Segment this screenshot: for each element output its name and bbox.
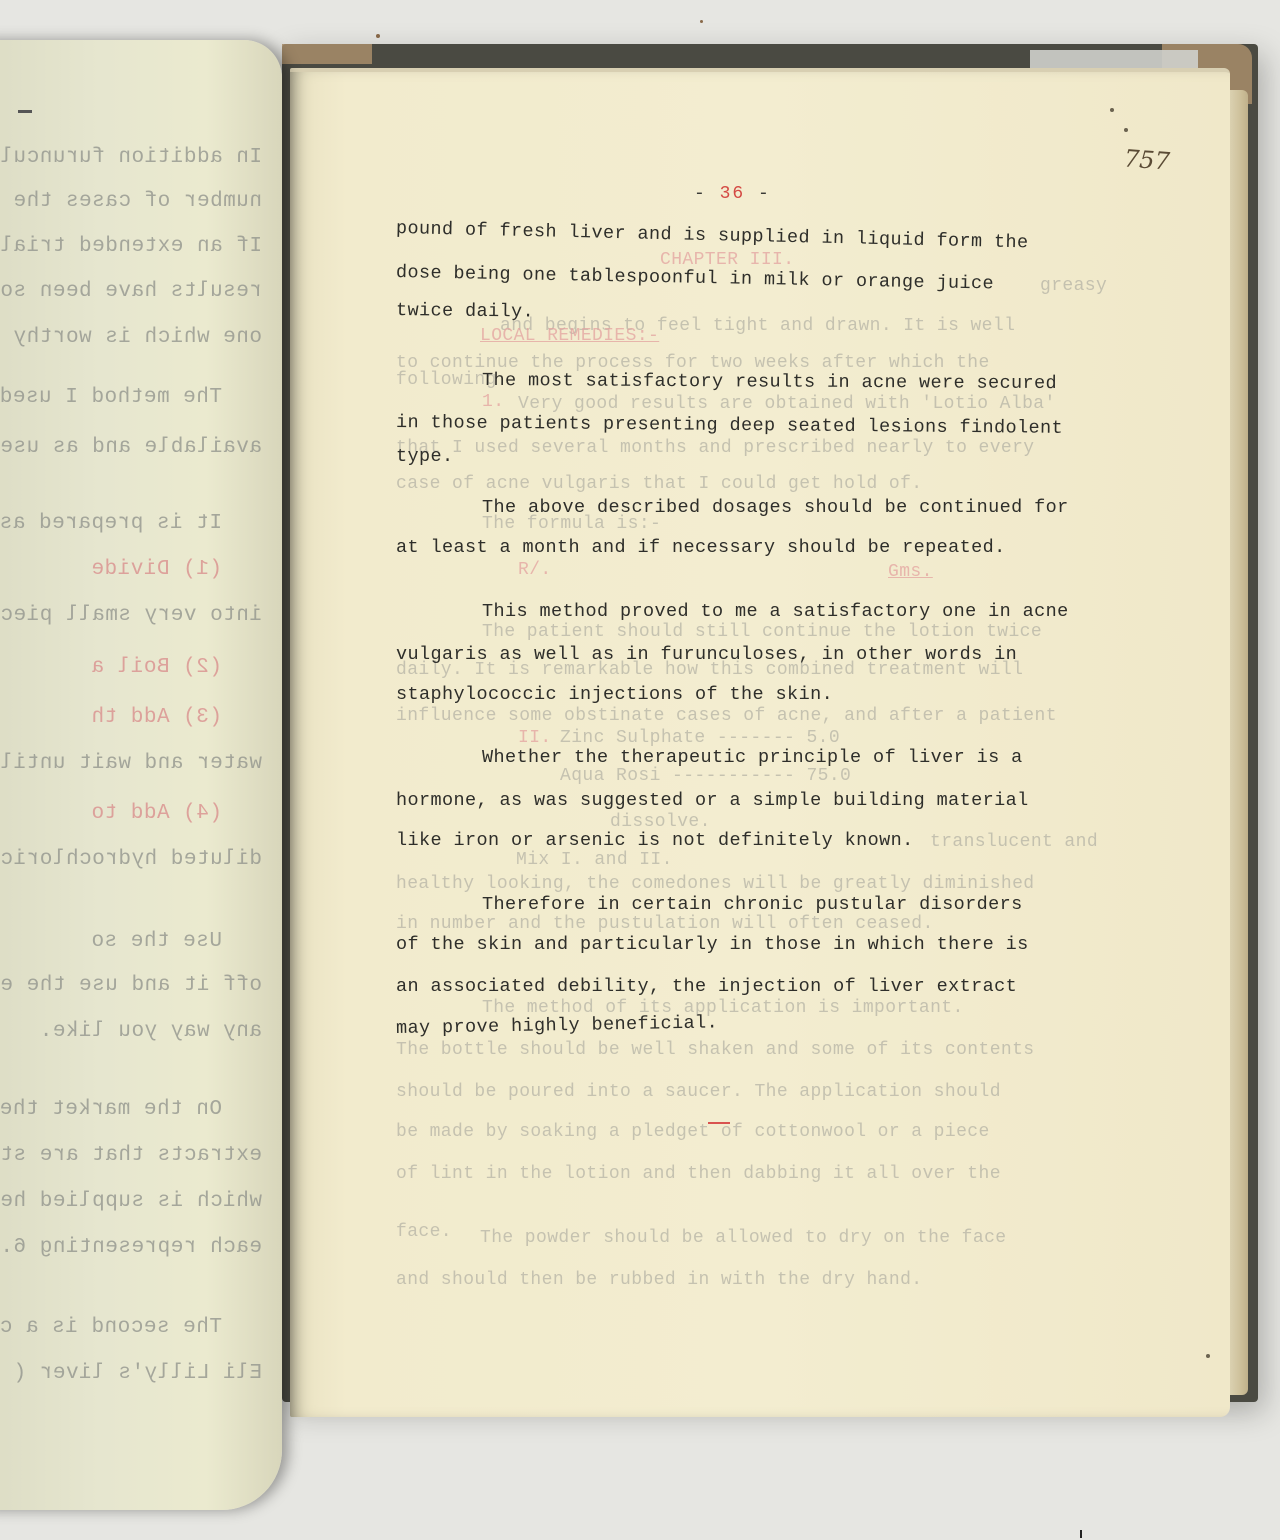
punch-mark <box>1206 1354 1210 1358</box>
mirrored-line: diluted hydrochloric acid. <box>10 848 262 871</box>
body-line: hormone, as was suggested or a simple bu… <box>396 790 1029 811</box>
bleed-line: case of acne vulgaris that I could get h… <box>396 474 922 494</box>
dust-speck <box>376 34 380 38</box>
bleed-line: face. <box>396 1222 452 1242</box>
bleed-line: Aqua Rosi ----------- 75.0 <box>560 766 851 786</box>
punch-mark <box>1124 128 1128 132</box>
mirrored-line: water and wait until the wa <box>10 752 262 775</box>
page-number-value: 36 <box>720 184 746 204</box>
bleed-line: The powder should be allowed to dry on t… <box>480 1228 1006 1248</box>
mirrored-line: extracts that are standardi <box>10 1144 262 1167</box>
bleed-line: Mix I. and II. <box>516 850 673 870</box>
body-line: at least a month and if necessary should… <box>396 537 1006 558</box>
bleed-line: The bottle should be well shaken and som… <box>396 1040 1035 1060</box>
mirrored-line: If an extended trial is onl <box>10 235 262 258</box>
bleed-line: be made by soaking a pledget of cottonwo… <box>396 1122 990 1142</box>
mirrored-line: On the market there <box>10 1098 222 1121</box>
bleed-line: of lint in the lotion and then dabbing i… <box>396 1164 1001 1184</box>
bleed-line: and should then be rubbed in with the dr… <box>396 1270 922 1290</box>
bleed-line: Very good results are obtained with 'Lot… <box>518 394 1056 414</box>
body-line: The above described dosages should be co… <box>482 497 1069 518</box>
mirrored-line: (2) Boil a <box>10 656 222 679</box>
mirrored-line: into very small pieces, an <box>10 604 262 627</box>
red-pencil-mark <box>708 1122 730 1124</box>
mirrored-line: results have been so pleasa <box>10 280 262 303</box>
page-number-dash: - <box>758 184 771 204</box>
mirrored-line: number of cases the number <box>10 190 262 213</box>
mirrored-line: Use the so <box>10 930 222 953</box>
mirrored-line: The second is a conc <box>10 1316 222 1339</box>
body-line: an associated debility, the injection of… <box>396 976 1017 997</box>
mirrored-line: (3) Add th <box>10 706 222 729</box>
bleed-line: should be poured into a saucer. The appl… <box>396 1082 1001 1102</box>
mirrored-line: (4) Add to <box>10 802 222 825</box>
left-page: In addition furuncular lesi number of ca… <box>0 40 282 1510</box>
bleed-line: in number and the pustulation will often… <box>396 914 934 934</box>
mirrored-line: available and as useful as <box>10 436 262 459</box>
bleed-local-remedies-heading: LOCAL REMEDIES:- <box>480 326 659 346</box>
bleed-line: 1. <box>482 392 504 412</box>
bleed-line: Gms. <box>888 562 933 582</box>
mirrored-line: off it and use the extract <box>10 974 262 997</box>
mirrored-line: (1) Divide <box>10 558 222 581</box>
body-line: Therefore in certain chronic pustular di… <box>482 894 1023 915</box>
mirrored-line: Eli Lilly's liver ( one fluid o <box>10 1362 262 1385</box>
body-line: This method proved to me a satisfactory … <box>482 601 1069 622</box>
handwritten-folio-number: 757 <box>1123 144 1171 175</box>
punch-mark <box>1110 108 1114 112</box>
page-number: - 36 - <box>694 184 771 204</box>
bleed-line: R/. <box>518 560 552 580</box>
mirrored-text-layer: In addition furuncular lesi number of ca… <box>0 40 282 1510</box>
mirrored-line: The method I used is <box>10 386 222 409</box>
body-line: of the skin and particularly in those in… <box>396 934 1029 955</box>
body-line: twice daily. <box>396 300 534 322</box>
bleed-line: that I used several months and prescribe… <box>396 438 1035 458</box>
mirrored-line: It is prepared as fo <box>10 512 222 535</box>
mirrored-line: each representing 6.5 gr <box>10 1236 262 1259</box>
body-line: staphylococcic injections of the skin. <box>396 684 833 705</box>
bleed-line: Zinc Sulphate ------- 5.0 <box>560 728 840 748</box>
bleed-line: translucent and <box>930 832 1098 852</box>
worn-cover-patch <box>282 44 372 64</box>
bleed-line: dissolve. <box>610 812 711 832</box>
mirrored-line: one which is worthy of wide <box>10 326 262 349</box>
body-line: like iron or arsenic is not definitely k… <box>396 830 914 851</box>
body-line: The most satisfactory results in acne we… <box>482 370 1057 394</box>
dust-speck <box>700 20 703 23</box>
body-line: vulgaris as well as in furunculoses, in … <box>396 644 1017 665</box>
bleed-line: greasy <box>1040 276 1107 296</box>
mirrored-line: In addition furuncular lesi <box>10 146 262 169</box>
bleed-line: influence some obstinate cases of acne, … <box>396 706 1057 726</box>
body-line: type. <box>396 446 454 467</box>
bleed-line: healthy looking, the comedones will be g… <box>396 874 1035 894</box>
dust-speck <box>1080 1530 1082 1538</box>
bleed-line: The patient should still continue the lo… <box>482 622 1042 642</box>
page-number-dash: - <box>694 184 707 204</box>
body-line: Whether the therapeutic principle of liv… <box>482 747 1023 768</box>
mirrored-line: any way you like. <box>10 1020 262 1043</box>
mirrored-line: which is supplied hermetica <box>10 1190 262 1213</box>
bleed-line: II. <box>518 728 552 748</box>
